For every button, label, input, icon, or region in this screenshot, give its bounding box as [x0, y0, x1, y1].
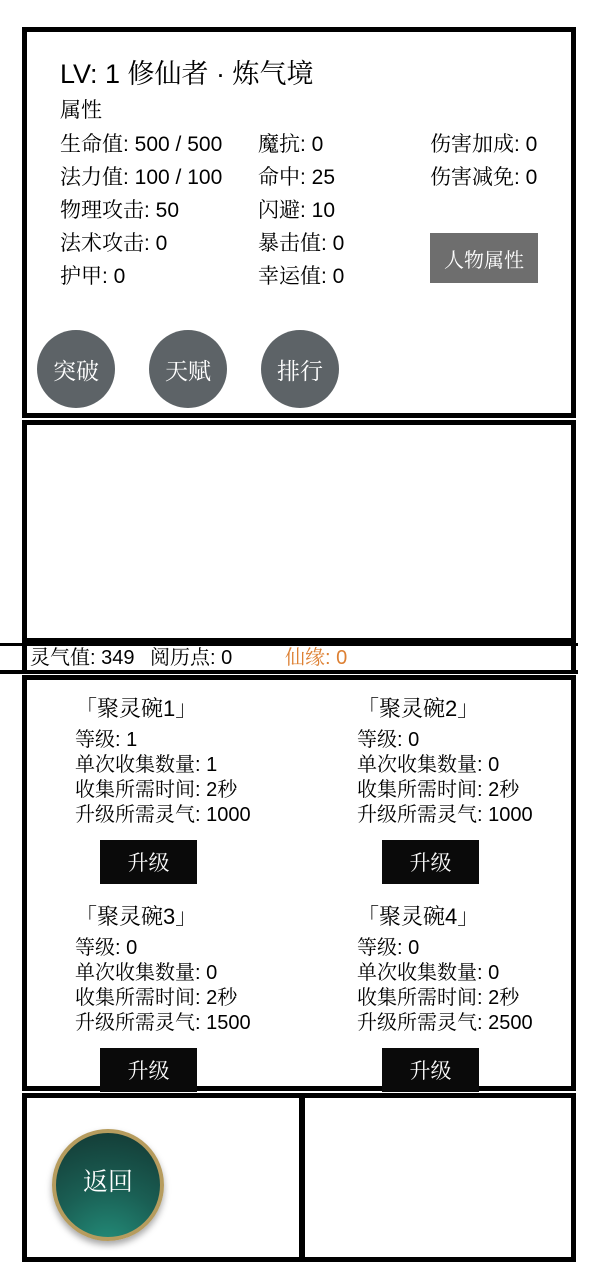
stats-column-2: 魔抗: 0 命中: 25 闪避: 10 暴击值: 0 幸运值: 0 — [258, 128, 344, 293]
bowl-collect-time: 收集所需时间: 2秒 — [75, 986, 335, 1011]
upgrade-button-bowl-1[interactable]: 升级 — [100, 840, 197, 884]
bowl-title: 「聚灵碗4」 — [357, 904, 600, 930]
spirit-qi-value: 灵气值: 349 — [30, 646, 134, 670]
bowl-collect-time: 收集所需时间: 2秒 — [357, 778, 600, 803]
bowl-upgrade-cost: 升级所需灵气: 2500 — [357, 1011, 600, 1036]
stat-hp: 生命值: 500 / 500 — [60, 128, 222, 161]
bowl-card-4: 「聚灵碗4」 等级: 0 单次收集数量: 0 收集所需时间: 2秒 升级所需灵气… — [357, 904, 600, 1092]
stat-physical-attack: 物理攻击: 50 — [60, 194, 222, 227]
stats-column-3: 伤害加成: 0 伤害减免: 0 — [430, 128, 537, 194]
bowl-card-2: 「聚灵碗2」 等级: 0 单次收集数量: 0 收集所需时间: 2秒 升级所需灵气… — [357, 696, 600, 884]
bowl-upgrade-cost: 升级所需灵气: 1000 — [357, 803, 600, 828]
main-display-area — [22, 420, 576, 643]
bowl-collect-time: 收集所需时间: 2秒 — [357, 986, 600, 1011]
upgrade-button-bowl-3[interactable]: 升级 — [100, 1048, 197, 1092]
ranking-button[interactable]: 排行 — [261, 330, 339, 408]
attributes-section-label: 属性 — [60, 98, 102, 124]
breakthrough-button[interactable]: 突破 — [37, 330, 115, 408]
level-title: LV: 1 修仙者 · 炼气境 — [60, 58, 314, 90]
stat-magic-resist: 魔抗: 0 — [258, 128, 344, 161]
bowl-collect-time: 收集所需时间: 2秒 — [75, 778, 335, 803]
stat-damage-bonus: 伤害加成: 0 — [430, 128, 537, 161]
footer-divider — [299, 1098, 305, 1257]
stat-crit: 暴击值: 0 — [258, 227, 344, 260]
nav-button-row: 突破 天赋 排行 — [37, 330, 339, 408]
bowl-upgrade-cost: 升级所需灵气: 1500 — [75, 1011, 335, 1036]
game-screen: LV: 1 修仙者 · 炼气境 属性 生命值: 500 / 500 法力值: 1… — [0, 0, 600, 1280]
experience-points-value: 阅历点: 0 — [150, 646, 232, 670]
footer-panel: 返回 — [22, 1093, 576, 1262]
resource-bar: 灵气值: 349 阅历点: 0 仙缘: 0 — [0, 643, 578, 674]
bowl-collect-amount: 单次收集数量: 0 — [75, 961, 335, 986]
stat-dodge: 闪避: 10 — [258, 194, 344, 227]
bowl-title: 「聚灵碗1」 — [75, 696, 335, 722]
bowl-level: 等级: 1 — [75, 728, 335, 753]
stat-armor: 护甲: 0 — [60, 260, 222, 293]
bowl-upgrade-cost: 升级所需灵气: 1000 — [75, 803, 335, 828]
resource-bar-right-border — [571, 643, 576, 674]
stat-spell-attack: 法术攻击: 0 — [60, 227, 222, 260]
stat-luck: 幸运值: 0 — [258, 260, 344, 293]
bowl-collect-amount: 单次收集数量: 1 — [75, 753, 335, 778]
bowl-level: 等级: 0 — [357, 728, 600, 753]
bowl-collect-amount: 单次收集数量: 0 — [357, 961, 600, 986]
bowl-card-1: 「聚灵碗1」 等级: 1 单次收集数量: 1 收集所需时间: 2秒 升级所需灵气… — [75, 696, 335, 884]
stat-damage-reduction: 伤害减免: 0 — [430, 161, 537, 194]
bowl-level: 等级: 0 — [75, 936, 335, 961]
upgrade-button-bowl-4[interactable]: 升级 — [382, 1048, 479, 1092]
talent-button[interactable]: 天赋 — [149, 330, 227, 408]
stat-mp: 法力值: 100 / 100 — [60, 161, 222, 194]
stats-column-1: 生命值: 500 / 500 法力值: 100 / 100 物理攻击: 50 法… — [60, 128, 222, 293]
stat-accuracy: 命中: 25 — [258, 161, 344, 194]
bowl-title: 「聚灵碗2」 — [357, 696, 600, 722]
resource-bar-left-border — [22, 643, 27, 674]
immortal-fate-value: 仙缘: 0 — [285, 646, 347, 670]
bowls-panel: 「聚灵碗1」 等级: 1 单次收集数量: 1 收集所需时间: 2秒 升级所需灵气… — [22, 675, 576, 1091]
bowl-card-3: 「聚灵碗3」 等级: 0 单次收集数量: 0 收集所需时间: 2秒 升级所需灵气… — [75, 904, 335, 1092]
bowl-level: 等级: 0 — [357, 936, 600, 961]
upgrade-button-bowl-2[interactable]: 升级 — [382, 840, 479, 884]
character-attributes-button[interactable]: 人物属性 — [430, 233, 538, 283]
character-panel: LV: 1 修仙者 · 炼气境 属性 生命值: 500 / 500 法力值: 1… — [22, 27, 576, 418]
bowl-title: 「聚灵碗3」 — [75, 904, 335, 930]
bowl-collect-amount: 单次收集数量: 0 — [357, 753, 600, 778]
back-button[interactable]: 返回 — [52, 1129, 164, 1241]
